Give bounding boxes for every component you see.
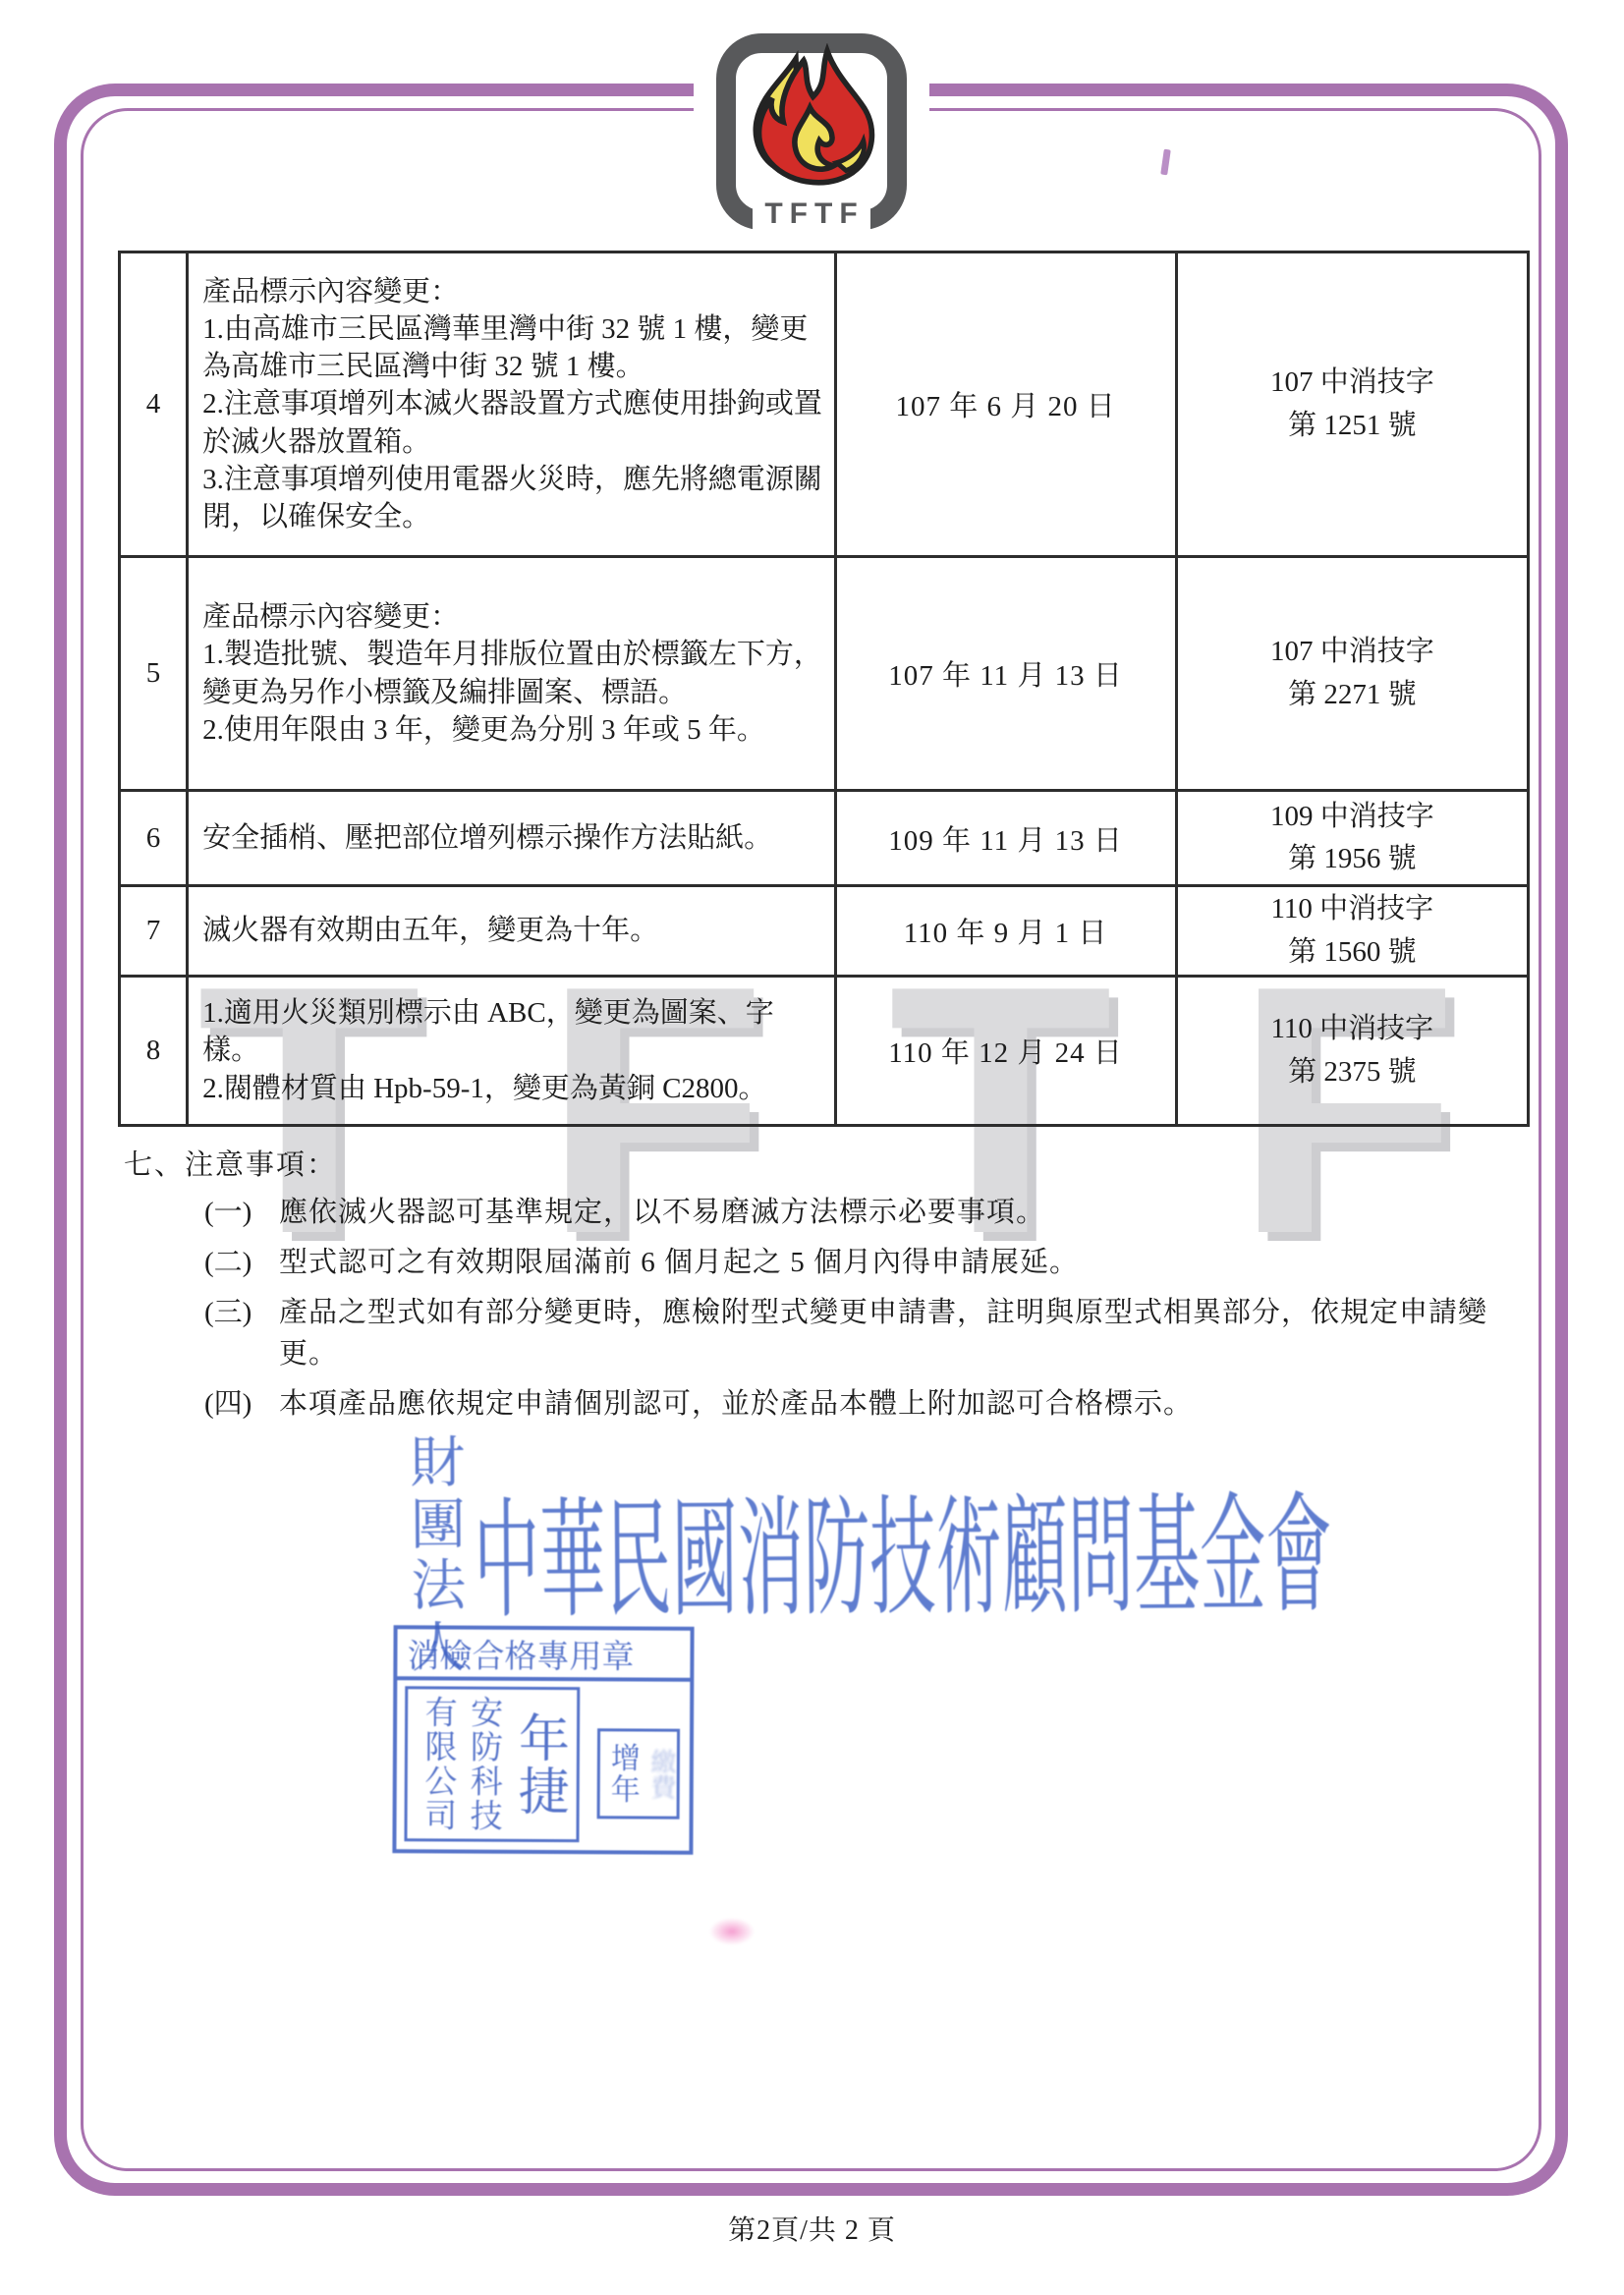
table-row: 4 產品標示內容變更： 1.由高雄市三民區灣華里灣中街 32 號 1 樓，變更為… [120,252,1529,557]
table-row: 8 1.適用火災類別標示由 ABC，變更為圖案、字樣。 2.閥體材質由 Hpb-… [120,977,1529,1126]
note-label: (四) [204,1384,279,1425]
inner-seal-faint-text: 繳費 [644,1749,680,1800]
notes-title: 七、注意事項： [124,1143,1530,1183]
document-number: 109 中消技字 第 1956 號 [1176,791,1528,886]
note-text: 型式認可之有效期限屆滿前 6 個月起之 5 個月內得申請展延。 [279,1243,1530,1283]
approval-stamp-body: 有限公司 安防科技 年捷 增年 繳費 [396,1680,690,1855]
inner-seal-text: 增年 [600,1742,644,1805]
note-label: (三) [204,1293,279,1373]
main-content: 4 產品標示內容變更： 1.由高雄市三民區灣華里灣中街 32 號 1 樓，變更為… [118,251,1530,1425]
change-date: 107 年 11 月 13 日 [835,557,1176,791]
note-text: 應依滅火器認可基準規定，以不易磨滅方法標示必要事項。 [279,1193,1530,1233]
row-number: 7 [120,886,188,977]
change-date: 110 年 12 月 24 日 [835,977,1176,1126]
change-history-table: 4 產品標示內容變更： 1.由高雄市三民區灣華里灣中街 32 號 1 樓，變更為… [118,251,1530,1127]
company-name-box: 有限公司 安防科技 年捷 [404,1686,580,1842]
row-number: 4 [120,252,188,557]
document-number: 110 中消技字 第 2375 號 [1176,977,1528,1126]
change-description: 滅火器有效期由五年，變更為十年。 [188,886,835,977]
logo-backdrop: TFTF [694,14,929,250]
approval-stamp-header: 消檢合格專用章 [397,1629,690,1682]
change-date: 107 年 6 月 20 日 [835,252,1176,557]
note-item: (二) 型式認可之有效期限屆滿前 6 個月起之 5 個月內得申請展延。 [204,1243,1530,1283]
table-row: 5 產品標示內容變更： 1.製造批號、製造年月排版位置由於標籤左下方，變更為另作… [120,557,1529,791]
document-number: 110 中消技字 第 1560 號 [1176,886,1528,977]
inner-seal: 增年 繳費 [597,1728,680,1819]
logo-text-area: TFTF [753,195,870,234]
company-column: 安防科技 [467,1696,500,1833]
note-label: (一) [204,1193,279,1233]
note-text: 本項產品應依規定申請個別認可，並於產品本體上附加認可合格標示。 [279,1384,1530,1425]
row-number: 6 [120,791,188,886]
document-number: 107 中消技字 第 2271 號 [1176,557,1528,791]
change-date: 110 年 9 月 1 日 [835,886,1176,977]
tftf-logo: TFTF [716,33,907,230]
change-date: 109 年 11 月 13 日 [835,791,1176,886]
table-row: 7 滅火器有效期由五年，變更為十年。 110 年 9 月 1 日 110 中消技… [120,886,1529,977]
change-description: 產品標示內容變更： 1.製造批號、製造年月排版位置由於標籤左下方，變更為另作小標… [188,557,835,791]
table-row: 6 安全插梢、壓把部位增列標示操作方法貼紙。 109 年 11 月 13 日 1… [120,791,1529,886]
note-item: (四) 本項產品應依規定申請個別認可，並於產品本體上附加認可合格標示。 [204,1384,1530,1425]
company-column: 有限公司 [420,1695,454,1832]
notes-section: 七、注意事項： (一) 應依滅火器認可基準規定，以不易磨滅方法標示必要事項。 (… [118,1143,1530,1425]
note-label: (二) [204,1243,279,1283]
note-item: (一) 應依滅火器認可基準規定，以不易磨滅方法標示必要事項。 [204,1193,1530,1233]
stamp-prefix-line: 財團 [410,1433,468,1557]
row-number: 8 [120,977,188,1126]
change-description: 安全插梢、壓把部位增列標示操作方法貼紙。 [188,791,835,886]
flame-icon [732,43,891,200]
page-footer: 第2頁/共 2 頁 [0,2209,1624,2248]
certificate-page: TFTF TFTF 4 產品標示內容變更： 1.由高雄市三民區灣華里灣中街 32… [0,0,1624,2295]
note-text: 產品之型式如有部分變更時，應檢附型式變更申請書，註明與原型式相異部分，依規定申請… [279,1293,1530,1373]
pink-ink-smudge [709,1918,755,1945]
note-item: (三) 產品之型式如有部分變更時，應檢附型式變更申請書，註明與原型式相異部分，依… [204,1293,1530,1373]
approval-stamp: 消檢合格專用章 有限公司 安防科技 年捷 增年 繳費 [392,1625,694,1855]
change-description: 1.適用火災類別標示由 ABC，變更為圖案、字樣。 2.閥體材質由 Hpb-59… [188,977,835,1126]
change-description: 產品標示內容變更： 1.由高雄市三民區灣華里灣中街 32 號 1 樓，變更為高雄… [188,252,835,557]
company-column: 年捷 [512,1711,564,1818]
document-number: 107 中消技字 第 1251 號 [1176,252,1528,557]
logo-text: TFTF [764,197,864,231]
foundation-stamp-name: 中華民國消防技術顧問基金會 [473,1451,1332,1644]
row-number: 5 [120,557,188,791]
